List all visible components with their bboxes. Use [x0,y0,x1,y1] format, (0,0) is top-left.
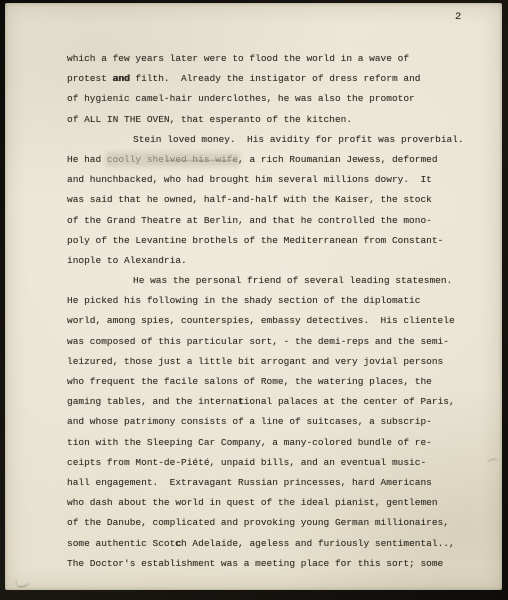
pencil-squiggle-mark [16,578,31,588]
text-segment: The Doctor's establishment was a meeting… [67,558,443,569]
text-segment: was said that he owned, half-and-half wi… [67,194,432,205]
text-segment: He picked his following in the shady sec… [67,295,420,306]
text-segment: leizured, those just a little bit arroga… [67,356,443,367]
text-segment: , a rich Roumanian Jewess, deformed [238,154,438,165]
text-line: The Doctor's establishment was a meeting… [67,554,467,574]
text-segment: poly of the Levantine brothels of the Me… [67,235,443,246]
text-segment: He was the personal friend of several le… [133,275,452,286]
text-segment: ional palaces at the center of Paris, [244,396,455,407]
text-line: He picked his following in the shady sec… [67,291,467,311]
text-line: ceipts from Mont-de-Piété, unpaid bills,… [67,453,467,473]
text-segment: hall engagement. Extravagant Russian pri… [67,477,432,488]
text-segment: was composed of this particular sort, - … [67,336,449,347]
page-number: 2 [455,11,461,23]
text-block: which a few years later were to flood th… [67,49,467,574]
text-segment: of the Grand Theatre at Berlin, and that… [67,215,432,226]
text-line: and hunchbacked, who had brought him sev… [67,170,467,190]
text-segment: of ALL IN THE OVEN, that esperanto of th… [67,114,352,125]
text-segment: gaming tables, and the interna [67,396,238,407]
text-segment: of hygienic camel-hair underclothes, he … [67,93,415,104]
text-segment: some authentic Scot [67,538,175,549]
text-segment: inople to Alexandria. [67,255,187,266]
text-line: inople to Alexandria. [67,251,467,271]
text-line: He was the personal friend of several le… [67,271,467,291]
text-segment-erased: coolly shelved his wife [107,154,238,165]
text-segment: protest [67,73,113,84]
pencil-dash-mark [487,458,499,465]
text-line: hall engagement. Extravagant Russian pri… [67,473,467,493]
text-segment: ceipts from Mont-de-Piété, unpaid bills,… [67,457,426,468]
text-segment: Stein loved money. His avidity for profi… [133,134,464,145]
text-segment: and hunchbacked, who had brought him sev… [67,174,432,185]
text-line: some authentic Scotch Adelaide, ageless … [67,534,467,554]
text-segment-overstruck: and [113,73,130,84]
text-segment: which a few years later were to flood th… [67,53,409,64]
text-segment: tion with the Sleeping Car Company, a ma… [67,437,432,448]
text-line: world, among spies, counterspies, embass… [67,311,467,331]
text-line: tion with the Sleeping Car Company, a ma… [67,433,467,453]
text-line: Stein loved money. His avidity for profi… [67,130,467,150]
text-line: who frequent the facile salons of Rome, … [67,372,467,392]
text-line: of the Grand Theatre at Berlin, and that… [67,211,467,231]
text-segment: who dash about the world in quest of the… [67,497,438,508]
text-line: gaming tables, and the international pal… [67,392,467,412]
text-line: and whose patrimony consists of a line o… [67,412,467,432]
text-segment: and whose patrimony consists of a line o… [67,416,432,427]
text-line: of hygienic camel-hair underclothes, he … [67,89,467,109]
text-line: was said that he owned, half-and-half wi… [67,190,467,210]
text-segment: of the Danube, complicated and provoking… [67,517,449,528]
text-line: was composed of this particular sort, - … [67,332,467,352]
text-line: of ALL IN THE OVEN, that esperanto of th… [67,110,467,130]
text-line: which a few years later were to flood th… [67,49,467,69]
text-segment: filth. Already the instigator of dress r… [130,73,421,84]
text-line: who dash about the world in quest of the… [67,493,467,513]
text-line: of the Danube, complicated and provoking… [67,513,467,533]
text-line: protest and filth. Already the instigato… [67,69,467,89]
paper-sheet: 2 which a few years later were to flood … [5,3,502,590]
text-line: He had coolly shelved his wife, a rich R… [67,150,467,170]
text-line: poly of the Levantine brothels of the Me… [67,231,467,251]
text-line: leizured, those just a little bit arroga… [67,352,467,372]
text-segment: h Adelaide, ageless and furiously sentim… [181,538,460,549]
text-segment: who frequent the facile salons of Rome, … [67,376,432,387]
text-segment: He had [67,154,107,165]
text-segment: world, among spies, counterspies, embass… [67,315,455,326]
scanned-page: 2 which a few years later were to flood … [0,0,508,600]
